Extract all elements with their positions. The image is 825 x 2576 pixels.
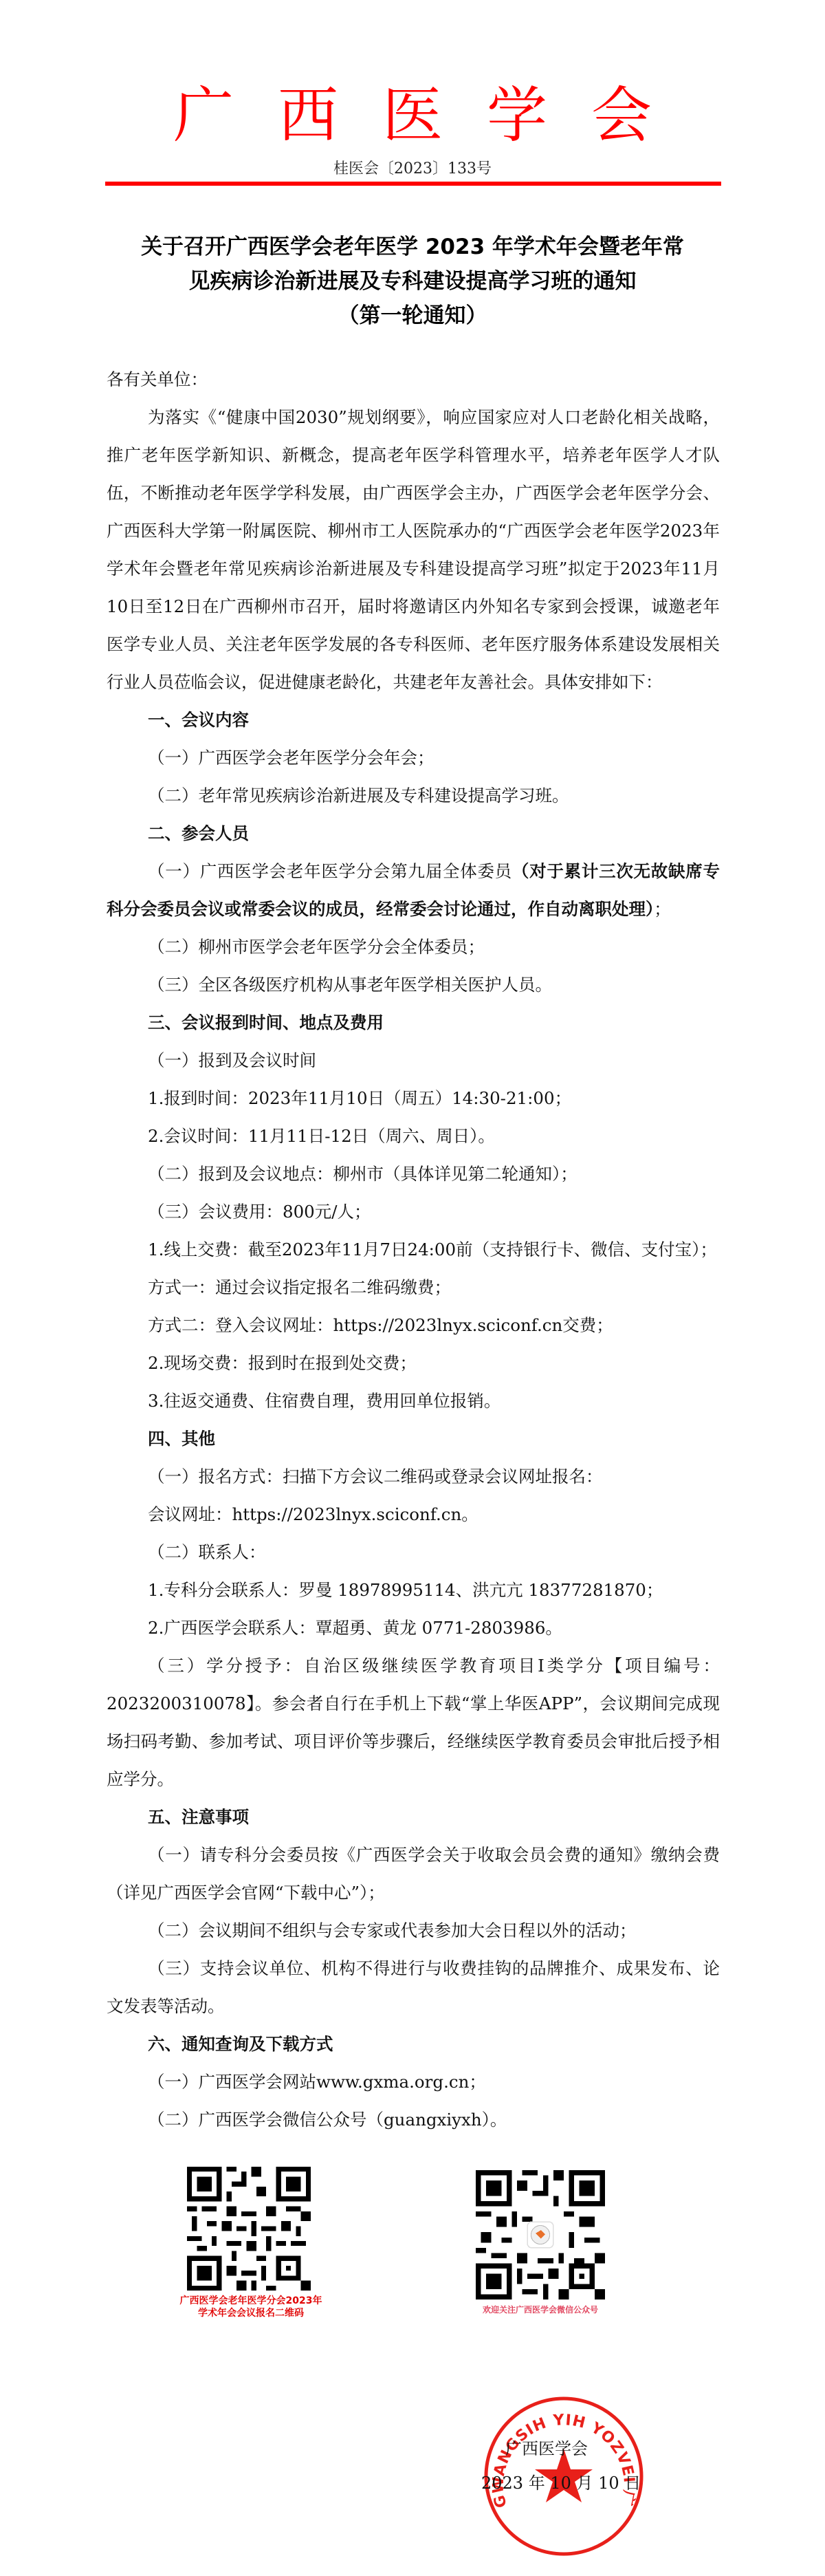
section3-item-1: （一）报到及会议时间 (107, 1041, 720, 1079)
section1-item-1: （一）广西医学会老年医学分会年会； (107, 739, 720, 777)
notice-item-1: （一）请专科分会委员按《广西医学会关于收取会员会费的通知》缴纳会费（详见广西医学… (107, 1836, 720, 1912)
wechat-qr-caption: 欢迎关注广西医学会微信公众号 (454, 2304, 627, 2315)
section-heading-4: 四、其他 (107, 1420, 720, 1458)
registration-method: （一）报名方式：扫描下方会议二维码或登录会议网址报名： (107, 1458, 720, 1495)
title-line-3: （第一轮通知） (89, 299, 736, 333)
section3-item-3: 2.会议时间：11月11日-12日（周六、周日）。 (107, 1117, 720, 1155)
section3-item-5: （三）会议费用：800元/人； (107, 1193, 720, 1231)
notice-item-2: （二）会议期间不组织与会专家或代表参加大会日程以外的活动； (107, 1912, 720, 1949)
section1-item-2: （二）老年常见疾病诊治新进展及专科建设提高学习班。 (107, 777, 720, 814)
wechat-qr-code-icon[interactable] (476, 2170, 605, 2299)
signature-date: 2023 年 10 月 10 日 (481, 2469, 641, 2493)
conference-url[interactable]: 会议网址：https://2023lnyx.sciconf.cn。 (107, 1495, 720, 1533)
registration-qr-code-icon[interactable] (187, 2167, 311, 2291)
credit-info: （三）学分授予：自治区级继续医学教育项目Ⅰ类学分【项目编号：2023200310… (107, 1647, 720, 1798)
title-line-2: 见疾病诊治新进展及专科建设提高学习班的通知 (89, 264, 736, 299)
payment-method-2[interactable]: 方式二：登入会议网址：https://2023lnyx.sciconf.cn交费… (107, 1306, 720, 1344)
qr-caption-line-2: 学术年会会议报名二维码 (162, 2307, 340, 2319)
section2-item-1-text: （一）广西医学会老年医学分会第九届全体委员 (148, 861, 512, 881)
document-number: 桂医会〔2023〕133号 (0, 157, 825, 178)
section-heading-5: 五、注意事项 (107, 1798, 720, 1836)
payment-method-1: 方式一：通过会议指定报名二维码缴费； (107, 1268, 720, 1306)
greeting: 各有关单位： (107, 360, 720, 398)
section2-item-1: （一）广西医学会老年医学分会第九届全体委员（对于累计三次无故缺席专科分会委员会议… (107, 852, 720, 928)
section-heading-2: 二、参会人员 (107, 814, 720, 852)
online-payment: 1.线上交费：截至2023年11月7日24:00前（支持银行卡、微信、支付宝）； (107, 1231, 720, 1268)
section2-item-1-suffix: ； (654, 899, 671, 919)
section3-item-2: 1.报到时间：2023年11月10日（周五）14:30-21:00； (107, 1079, 720, 1117)
qr-caption-line-1: 广西医学会老年医学分会2023年 (162, 2295, 340, 2307)
travel-expense: 3.往返交通费、住宿费自理，费用回单位报销。 (107, 1382, 720, 1420)
red-divider-line (105, 182, 721, 186)
notice-body: 各有关单位： 为落实《“健康中国2030”规划纲要》，响应国家应对人口老龄化相关… (107, 360, 720, 2139)
signature-org: 广西医学会 (505, 2435, 588, 2459)
contact-association: 2.广西医学会联系人：覃超勇、黄龙 0771-2803986。 (107, 1609, 720, 1647)
section2-item-3: （三）全区各级医疗机构从事老年医学相关医护人员。 (107, 966, 720, 1004)
notice-item-3: （三）支持会议单位、机构不得进行与收费挂钩的品牌推介、成果发布、论文发表等活动。 (107, 1949, 720, 2025)
title-line-1: 关于召开广西医学会老年医学 2023 年学术年会暨老年常 (89, 230, 736, 264)
website-link[interactable]: （一）广西医学会网站www.gxma.org.cn； (107, 2063, 720, 2101)
section-heading-3: 三、会议报到时间、地点及费用 (107, 1004, 720, 1041)
section3-item-4: （二）报到及会议地点：柳州市（具体详见第二轮通知）； (107, 1155, 720, 1193)
contact-branch: 1.专科分会联系人：罗曼 18978995114、洪亢亢 18377281870… (107, 1571, 720, 1609)
registration-qr-caption: 广西医学会老年医学分会2023年 学术年会会议报名二维码 (162, 2295, 340, 2319)
org-masthead: 广西医学会 (0, 81, 825, 150)
intro-paragraph: 为落实《“健康中国2030”规划纲要》，响应国家应对人口老龄化相关战略，推广老年… (107, 398, 720, 701)
onsite-payment: 2.现场交费：报到时在报到处交费； (107, 1344, 720, 1382)
section2-item-2: （二）柳州市医学会老年医学分会全体委员； (107, 928, 720, 966)
contacts-heading: （二）联系人： (107, 1533, 720, 1571)
section-heading-1: 一、会议内容 (107, 701, 720, 739)
notice-title: 关于召开广西医学会老年医学 2023 年学术年会暨老年常 见疾病诊治新进展及专科… (89, 230, 736, 333)
wechat-account: （二）广西医学会微信公众号（guangxiyxh）。 (107, 2101, 720, 2139)
section-heading-6: 六、通知查询及下载方式 (107, 2025, 720, 2063)
